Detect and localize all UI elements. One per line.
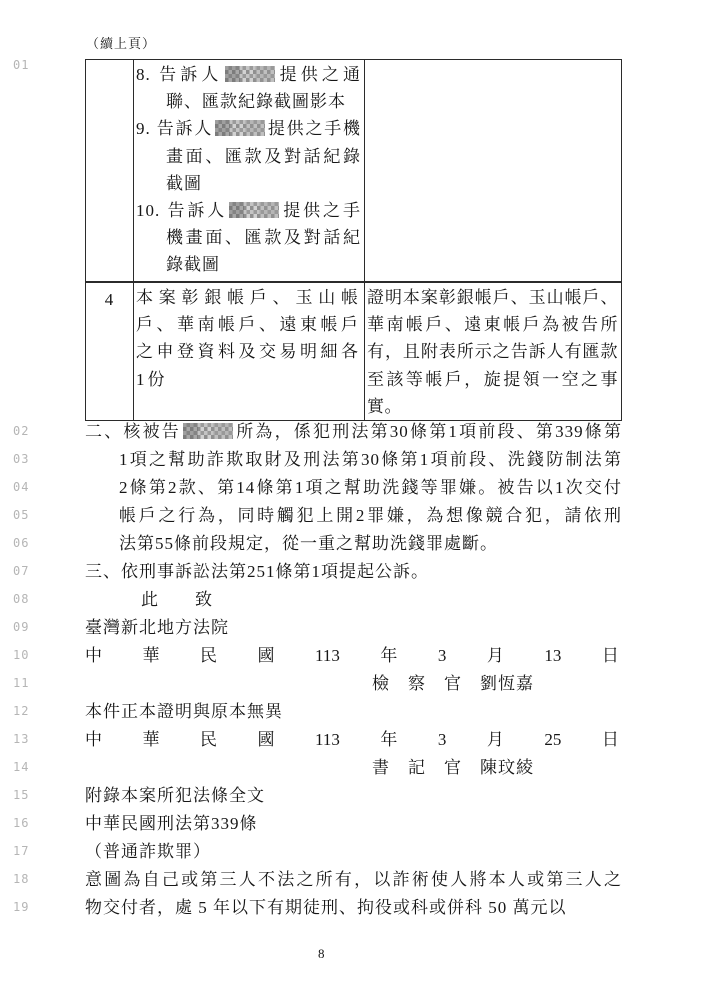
- date-day: 25: [544, 726, 561, 754]
- paragraph-2-line-4: 帳戶之行為，同時觸犯上開2罪嫌，為想像競合犯，請依刑: [85, 502, 622, 530]
- evidence-index-cell: [86, 60, 134, 283]
- evidence-item-lead: 10. 告訴人: [136, 201, 227, 220]
- purpose-cell-empty: [365, 60, 622, 283]
- date-token: 日: [602, 642, 619, 670]
- line-number: 06: [13, 536, 47, 550]
- date-token: 年: [380, 726, 397, 754]
- table-row-continued: 8. 告訴人提供之通聯、匯款紀錄截圖影本 9. 告訴人提供之手機畫面、匯款及對話…: [86, 60, 622, 283]
- text-segment: 二、核被告: [85, 422, 181, 441]
- date-token: 年: [380, 642, 397, 670]
- paragraph-2-line-2: 1項之幫助詐欺取財及刑法第30條第1項前段、洗錢防制法第: [85, 446, 622, 474]
- copy-date-line: 中華民國113年3月25日: [85, 726, 622, 754]
- statute-text-line-1: 意圖為自己或第三人不法之所有，以詐術使人將本人或第三人之: [85, 866, 622, 894]
- date-token: 華: [143, 642, 160, 670]
- document-page: （續上頁） 01 02 03 04 05 06 07 08 09 10 11 1…: [0, 0, 706, 1000]
- offense-name: （普通詐欺罪）: [85, 838, 622, 866]
- line-number: 17: [13, 844, 47, 858]
- line-number: 15: [13, 788, 47, 802]
- date-year: 113: [315, 726, 340, 754]
- salutation-cizhi: 此 致: [85, 586, 622, 614]
- date-month: 3: [438, 642, 447, 670]
- table-row-4: 4 本案彰銀帳戶、玉山帳戶、華南帳戶、遠東帳戶之申登資料及交易明細各1份 證明本…: [86, 282, 622, 421]
- date-year: 113: [315, 642, 340, 670]
- text-segment: 所為，係犯刑法第30條第1項前段、第339條第: [235, 422, 622, 441]
- line-number: 19: [13, 900, 47, 914]
- evidence-list-cell: 8. 告訴人提供之通聯、匯款紀錄截圖影本 9. 告訴人提供之手機畫面、匯款及對話…: [134, 60, 365, 283]
- paragraph-2-line-3: 2條第2款、第14條第1項之幫助洗錢等罪嫌。被告以1次交付: [85, 474, 622, 502]
- line-number: 14: [13, 760, 47, 774]
- date-token: 國: [258, 726, 275, 754]
- line-number: 02: [13, 424, 47, 438]
- line-number: 12: [13, 704, 47, 718]
- date-token: 日: [602, 726, 619, 754]
- page-number: 8: [318, 946, 325, 962]
- line-number: 01: [13, 58, 47, 72]
- line-number: 10: [13, 648, 47, 662]
- prosecutor-signature: 檢 察 官 劉恆嘉: [85, 670, 622, 698]
- date-day: 13: [544, 642, 561, 670]
- evidence-item-lead: 8. 告訴人: [136, 65, 223, 84]
- evidence-table: 8. 告訴人提供之通聯、匯款紀錄截圖影本 9. 告訴人提供之手機畫面、匯款及對話…: [85, 59, 622, 421]
- evidence-description-cell: 本案彰銀帳戶、玉山帳戶、華南帳戶、遠東帳戶之申登資料及交易明細各1份: [134, 282, 365, 421]
- prosecution-date-line: 中華民國113年3月13日: [85, 642, 622, 670]
- line-number: 16: [13, 816, 47, 830]
- paragraph-2-line-1: 二、核被告所為，係犯刑法第30條第1項前段、第339條第: [85, 418, 622, 446]
- court-name: 臺灣新北地方法院: [85, 614, 622, 642]
- date-token: 月: [487, 726, 504, 754]
- line-number: 09: [13, 620, 47, 634]
- purpose-cell: 證明本案彰銀帳戶、玉山帳戶、華南帳戶、遠東帳戶為被告所有，且附表所示之告訴人有匯…: [365, 282, 622, 421]
- certified-copy-note: 本件正本證明與原本無異: [85, 698, 622, 726]
- line-number: 08: [13, 592, 47, 606]
- date-token: 中: [85, 726, 102, 754]
- evidence-index-cell: 4: [86, 282, 134, 421]
- statute-text-line-2: 物交付者，處 5 年以下有期徒刑、拘役或科或併科 50 萬元以: [85, 894, 622, 922]
- evidence-item-8: 8. 告訴人提供之通聯、匯款紀錄截圖影本: [136, 61, 361, 115]
- redacted-complainant-name: [215, 120, 265, 136]
- line-number: 13: [13, 732, 47, 746]
- continuation-note: （續上頁）: [86, 33, 156, 52]
- date-token: 國: [258, 642, 275, 670]
- evidence-item-9: 9. 告訴人提供之手機畫面、匯款及對話紀錄截圖: [136, 115, 361, 197]
- line-number: 07: [13, 564, 47, 578]
- line-number: 18: [13, 872, 47, 886]
- paragraph-3: 三、依刑事訴訟法第251條第1項提起公訴。: [85, 558, 622, 586]
- date-token: 民: [200, 726, 217, 754]
- line-number: 03: [13, 452, 47, 466]
- date-month: 3: [438, 726, 447, 754]
- line-number: 11: [13, 676, 47, 690]
- line-number: 04: [13, 480, 47, 494]
- appendix-title: 附錄本案所犯法條全文: [85, 782, 622, 810]
- redacted-complainant-name: [229, 202, 279, 218]
- redacted-complainant-name: [225, 66, 275, 82]
- evidence-item-10: 10. 告訴人提供之手機畫面、匯款及對話紀錄截圖: [136, 197, 361, 279]
- statute-title: 中華民國刑法第339條: [85, 810, 622, 838]
- evidence-item-lead: 9. 告訴人: [136, 119, 213, 138]
- body-text: 二、核被告所為，係犯刑法第30條第1項前段、第339條第 1項之幫助詐欺取財及刑…: [85, 418, 622, 922]
- date-token: 民: [200, 642, 217, 670]
- date-token: 中: [85, 642, 102, 670]
- redacted-defendant-name: [183, 423, 233, 439]
- date-token: 月: [487, 642, 504, 670]
- clerk-signature: 書 記 官 陳玟綾: [85, 754, 622, 782]
- date-token: 華: [143, 726, 160, 754]
- line-number: 05: [13, 508, 47, 522]
- paragraph-2-line-5: 法第55條前段規定，從一重之幫助洗錢罪處斷。: [85, 530, 622, 558]
